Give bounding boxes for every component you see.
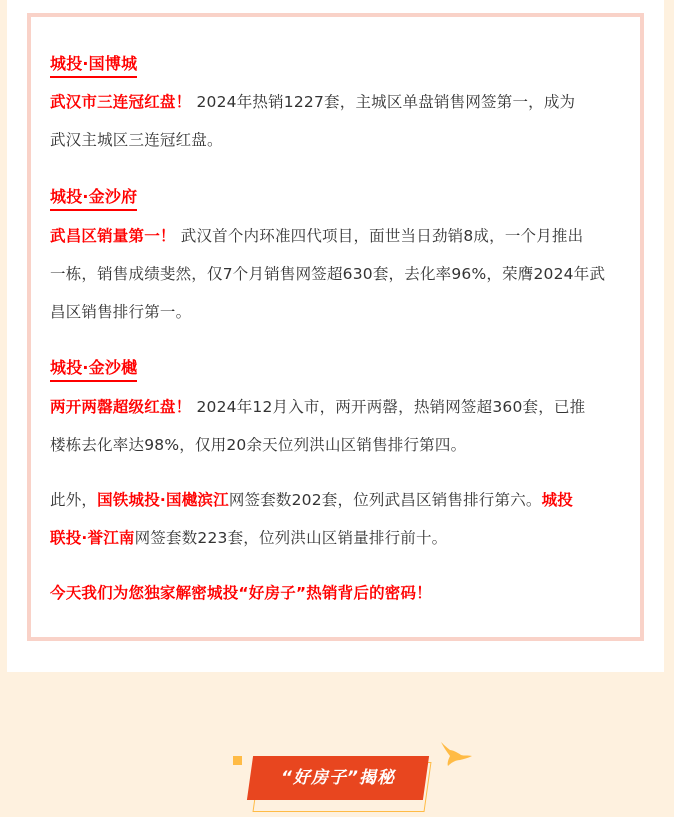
section-paragraph-line: 武昌区销量第一！ 武汉首个内环准四代项目，面世当日劲销8成，一个月推出 <box>50 226 583 246</box>
section-paragraph-line: 昌区销售排行第一。 <box>50 302 191 322</box>
section-paragraph-line: 武汉主城区三连冠红盘。 <box>50 130 223 150</box>
extra-text: 网签套数202套，位列武昌区销售排行第六。 <box>229 491 542 509</box>
section-lead: 武昌区销量第一！ <box>50 227 176 245</box>
section-lead: 两开两罄超级红盘！ <box>50 398 191 416</box>
section-paragraph-line: 两开两罄超级红盘！ 2024年12月入市，两开两罄，热销网签超360套，已推 <box>50 397 585 417</box>
extra-prefix: 此外， <box>50 491 97 509</box>
extra-paragraph-line: 联投·誉江南网签套数223套，位列洪山区销量排行前十。 <box>50 528 447 548</box>
extra-text: 网签套数223套，位列洪山区销量排行前十。 <box>135 529 448 547</box>
decorative-square-icon <box>233 756 242 765</box>
section-heading-jinshafu: 城投·金沙府 <box>50 187 137 211</box>
section-paragraph-line: 楼栋去化率达98%，仅用20余天位列洪山区销售排行第四。 <box>50 435 466 455</box>
extra-paragraph-line: 此外，国铁城投·国樾滨江网签套数202套，位列武昌区销售排行第六。城投 <box>50 490 573 510</box>
bird-icon <box>438 740 474 770</box>
extra-project-yujiangnan-part1: 城投 <box>542 491 573 509</box>
section-text: 武汉首个内环准四代项目，面世当日劲销8成，一个月推出 <box>181 227 584 245</box>
extra-project-yujiangnan-part2: 联投·誉江南 <box>50 529 135 547</box>
extra-project-guoyue: 国铁城投·国樾滨江 <box>97 491 229 509</box>
section-lead: 武汉市三连冠红盘！ <box>50 93 191 111</box>
section-heading-guobocheng: 城投·国博城 <box>50 54 137 78</box>
section-badge: “好房子”揭秘 <box>0 730 677 817</box>
section-text: 2024年热销1227套，主城区单盘销售网签第一，成为 <box>196 93 575 111</box>
content-frame: 城投·国博城 武汉市三连冠红盘！ 2024年热销1227套，主城区单盘销售网签第… <box>27 13 644 641</box>
closing-statement: 今天我们为您独家解密城投“好房子”热销背后的密码！ <box>50 583 432 603</box>
section-heading-jinshayue: 城投·金沙樾 <box>50 358 137 382</box>
section-text: 2024年12月入市，两开两罄，热销网签超360套，已推 <box>196 398 585 416</box>
section-paragraph-line: 武汉市三连冠红盘！ 2024年热销1227套，主城区单盘销售网签第一，成为 <box>50 92 575 112</box>
badge-label: “好房子”揭秘 <box>250 756 426 800</box>
section-paragraph-line: 一栋，销售成绩斐然，仅7个月销售网签超630套，去化率96%，荣膺2024年武 <box>50 264 605 284</box>
article-panel: 城投·国博城 武汉市三连冠红盘！ 2024年热销1227套，主城区单盘销售网签第… <box>7 0 664 672</box>
